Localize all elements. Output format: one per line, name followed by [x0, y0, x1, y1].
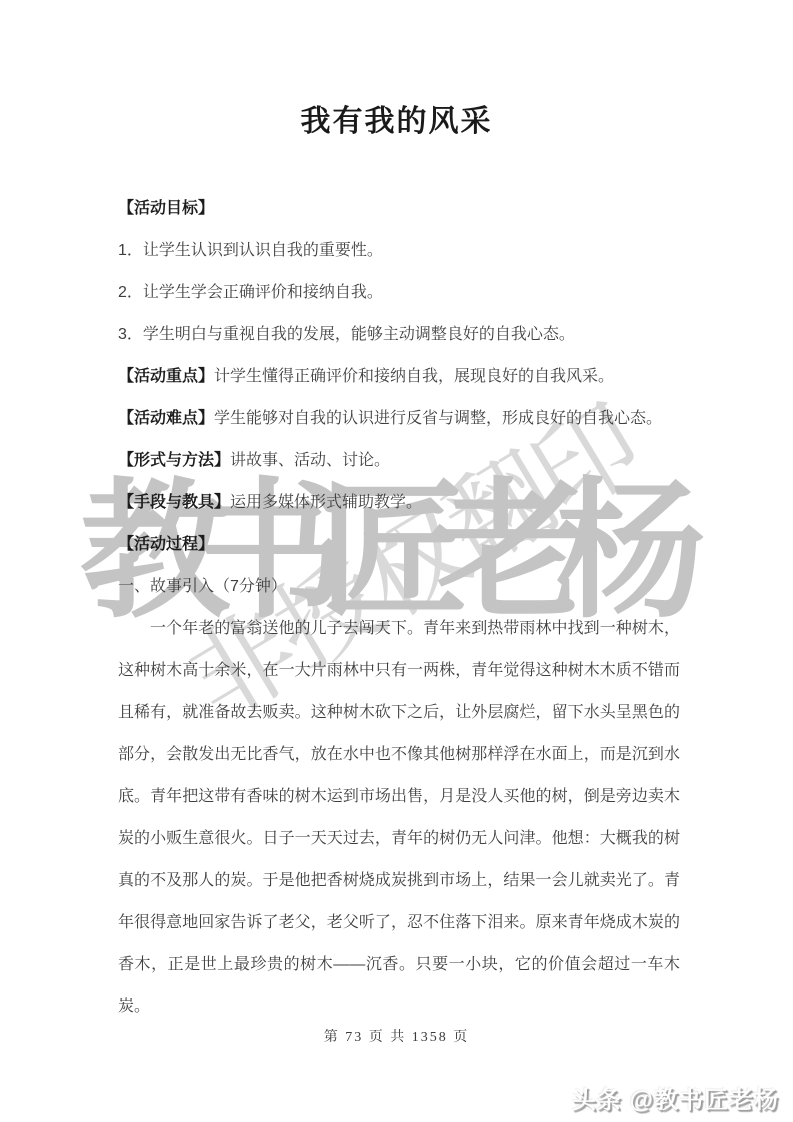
heading-text: 计学生懂得正确评价和接纳自我，展现良好的自我风采。 [214, 368, 614, 385]
item-text: 3．学生明白与重视自我的发展，能够主动调整良好的自我心态。 [118, 326, 575, 343]
heading-activity-process: 【活动过程】 [118, 524, 680, 566]
heading-text: 运用多媒体形式辅助教学。 [230, 494, 422, 511]
heading-format-method: 【形式与方法】讲故事、活动、讨论。 [118, 440, 680, 482]
heading-tools-aids: 【手段与教具】运用多媒体形式辅助教学。 [118, 482, 680, 524]
section-subheading-story-intro: 一、故事引入（7分钟） [118, 566, 680, 608]
heading-activity-goals: 【活动目标】 [118, 188, 680, 230]
heading-text: 讲故事、活动、讨论。 [230, 452, 390, 469]
item-text: 2．让学生学会正确评价和接纳自我。 [118, 284, 383, 301]
toutiao-author-watermark: 头条 @教书匠老杨 [572, 1080, 779, 1115]
heading-text: 学生能够对自我的认识进行反省与调整，形成良好的自我心态。 [214, 410, 662, 427]
heading-label: 【活动目标】 [118, 200, 214, 217]
page-title: 我有我的风采 [0, 96, 793, 140]
item-text: 1．让学生认识到认识自我的重要性。 [118, 242, 383, 259]
heading-label: 【活动重点】 [118, 368, 214, 385]
document-body: 【活动目标】 1．让学生认识到认识自我的重要性。 2．让学生学会正确评价和接纳自… [118, 188, 680, 1028]
heading-activity-difficulty: 【活动难点】学生能够对自我的认识进行反省与调整，形成良好的自我心态。 [118, 398, 680, 440]
document-page: 非授权翻印 教书匠老杨 我有我的风采 【活动目标】 1．让学生认识到认识自我的重… [0, 0, 793, 1122]
heading-label: 【手段与教具】 [118, 494, 230, 511]
page-number-footer: 第 73 页 共 1358 页 [0, 1026, 793, 1046]
goal-item-2: 2．让学生学会正确评价和接纳自我。 [118, 272, 680, 314]
story-paragraph: 一个年老的富翁送他的儿子去闯天下。青年来到热带雨林中找到一种树木，这种树木高十余… [118, 608, 680, 1028]
heading-activity-focus: 【活动重点】计学生懂得正确评价和接纳自我，展现良好的自我风采。 [118, 356, 680, 398]
goal-item-1: 1．让学生认识到认识自我的重要性。 [118, 230, 680, 272]
goal-item-3: 3．学生明白与重视自我的发展，能够主动调整良好的自我心态。 [118, 314, 680, 356]
heading-label: 【形式与方法】 [118, 452, 230, 469]
heading-label: 【活动过程】 [118, 536, 214, 553]
heading-label: 【活动难点】 [118, 410, 214, 427]
